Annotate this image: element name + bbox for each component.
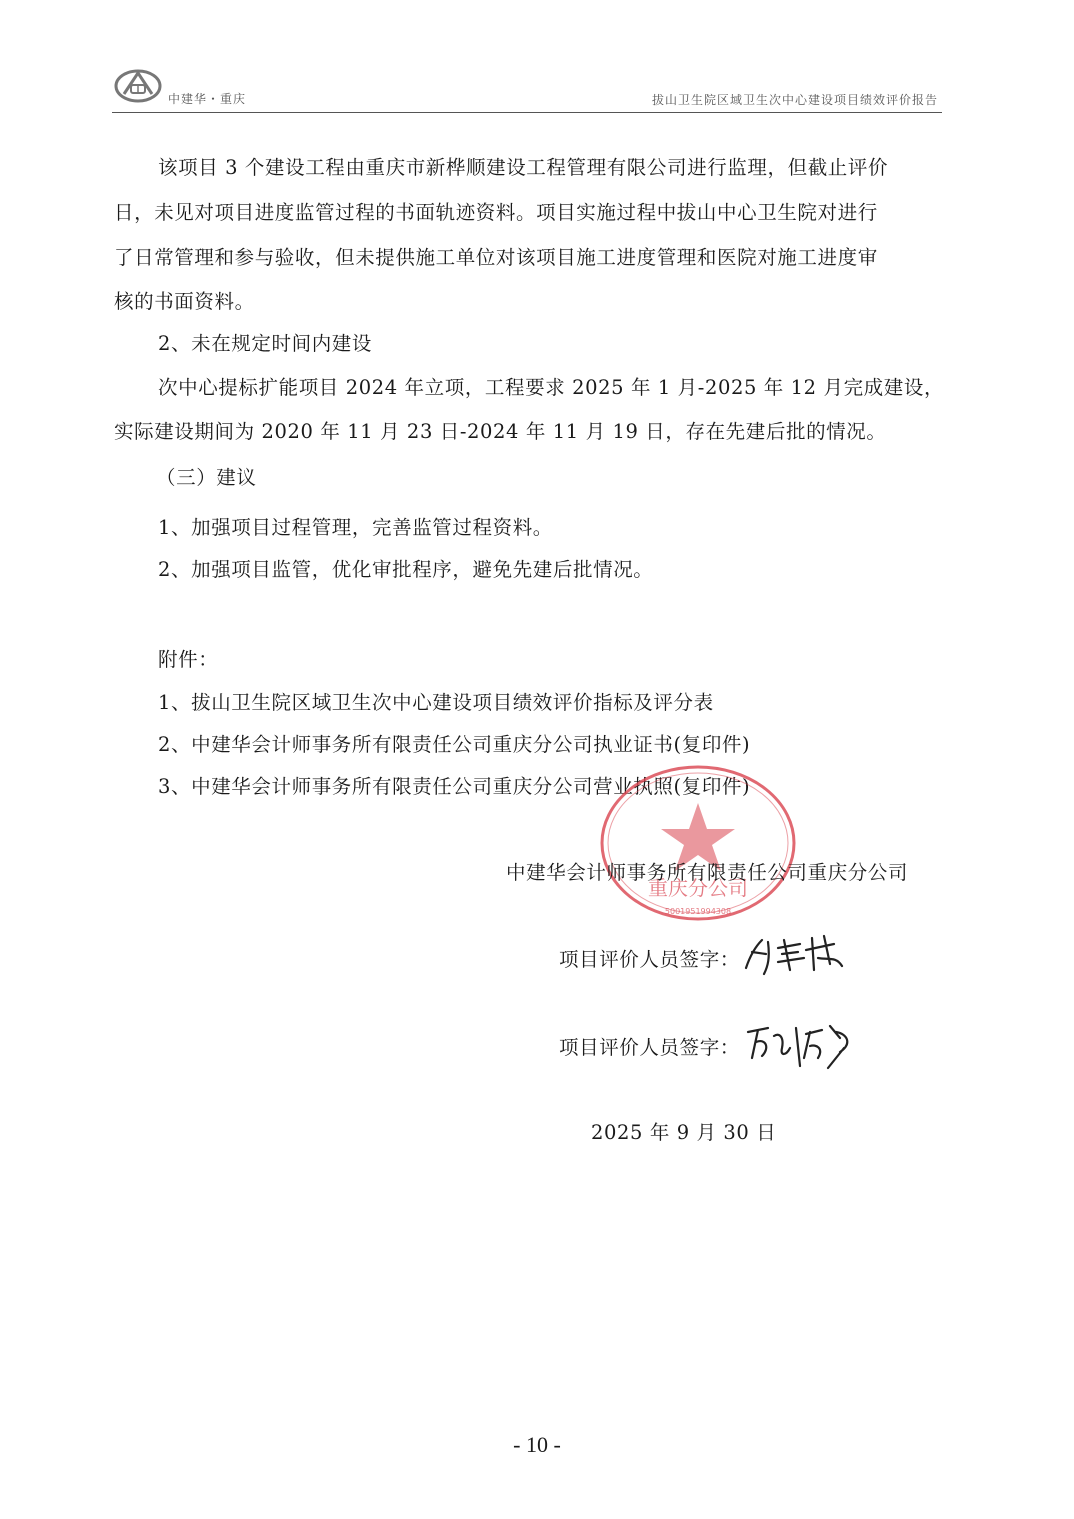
report-title: 拔山卫生院区域卫生次中心建设项目绩效评价报告 [652,91,938,108]
section-heading-2: 2、未在规定时间内建设 [158,328,372,356]
text-line: 了日常管理和参与验收，但未提供施工单位对该项目施工进度管理和医院对施工进度审 [114,242,878,270]
section-heading-suggestions: （三）建议 [156,462,257,490]
signer-label-2: 项目评价人员签字： [559,1032,740,1060]
handwritten-signature-2-icon [744,1018,856,1074]
company-name: 中建华会计师事务所有限责任公司重庆分公司 [506,857,908,885]
signer-label-1: 项目评价人员签字： [559,944,740,972]
text-line: 实际建设期间为 2020 年 11 月 23 日-2024 年 11 月 19 … [114,416,886,444]
text-line: 日，未见对项目进度监管过程的书面轨迹资料。项目实施过程中拔山中心卫生院对进行 [114,197,878,225]
logo-text: 中建华・重庆 [168,90,246,107]
suggestion-item: 2、加强项目监管，优化审批程序，避免先建后批情况。 [158,554,653,582]
attachment-item: 1、拔山卫生院区域卫生次中心建设项目绩效评价指标及评分表 [158,687,714,715]
suggestion-item: 1、加强项目过程管理，完善监管过程资料。 [158,512,553,540]
text-line: 该项目 3 个建设工程由重庆市新桦顺建设工程管理有限公司进行监理，但截止评价 [158,152,888,180]
svg-text:5001951994308: 5001951994308 [665,907,731,916]
attachment-item: 2、中建华会计师事务所有限责任公司重庆分公司执业证书(复印件) [158,729,750,757]
report-date: 2025 年 9 月 30 日 [591,1117,776,1145]
company-logo-icon [114,68,166,104]
page-number: - 10 - [0,1432,1074,1458]
text-line: 次中心提标扩能项目 2024 年立项，工程要求 2025 年 1 月-2025 … [158,372,944,400]
text-line: 核的书面资料。 [114,286,255,314]
page-header: 中建华・重庆 拔山卫生院区域卫生次中心建设项目绩效评价报告 [112,66,942,113]
handwritten-signature-1-icon [738,930,848,980]
attachments-label: 附件： [158,644,218,672]
company-seal-stamp-icon: 重庆分公司 5001951994308 [597,763,799,923]
